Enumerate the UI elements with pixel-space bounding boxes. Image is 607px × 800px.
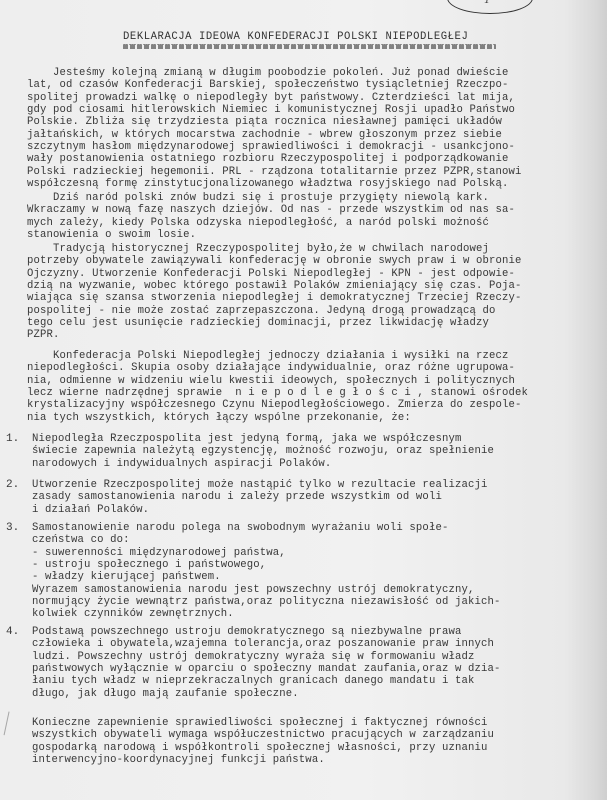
list-item-line: kolwiek czynników zewnętrznych. bbox=[32, 608, 234, 620]
paragraph-line: krystalizacyjny współczesnego Czynu Niep… bbox=[27, 399, 522, 411]
list-item-line: Utworzenie Rzeczpospolitej może nastąpić… bbox=[32, 479, 488, 491]
paragraph-line: PZPR. bbox=[27, 329, 60, 341]
list-item-line: wszystkich obywateli wymaga współuczestn… bbox=[32, 729, 494, 741]
list-item-line: Wyrazem samostanowienia narodu jest pows… bbox=[32, 584, 475, 596]
list-item-line: człowieka i obywatela,wzajemna tolerancj… bbox=[32, 638, 494, 650]
paragraph-line: jałtańskich, w których mocarstwa zachodn… bbox=[27, 129, 502, 141]
paragraph-line: wiająca się szansa stworzenia niepodległ… bbox=[27, 292, 522, 304]
document-page: 1 DEKLARACJA IDEOWA KONFEDERACJI POLSKI … bbox=[0, 0, 607, 800]
paragraph-line: wały postanowienia ostatniego rozbioru R… bbox=[27, 153, 509, 165]
list-item-line: państwowych wyłącznie w oparciu o społec… bbox=[32, 663, 501, 675]
list-item-line: narodowych i indywidualnych aspiracji Po… bbox=[32, 458, 331, 470]
paragraph-line: spolitej prowadzi walkę o niepodległy by… bbox=[27, 92, 515, 104]
paragraph-line: nia tych wszystkich, których łączy wspól… bbox=[27, 412, 411, 424]
paragraph-line: gdy pod ciosami hitlerowskich Niemiec i … bbox=[27, 104, 515, 116]
paragraph-line: dzią na wyzwanie, wobec którego postawił… bbox=[27, 280, 522, 292]
paragraph-line: Wkraczamy w nową fazę naszych dziejów. O… bbox=[27, 204, 515, 216]
list-item-number: 3. bbox=[6, 522, 19, 534]
paragraph-line: Konfederacja Polski Niepodległej jednocz… bbox=[27, 350, 509, 362]
paragraph-line: Polskie. Zbliża się trzydziesta piąta ro… bbox=[27, 116, 502, 128]
paragraph-line: pospolitej - nie może zostać zaprzepaszc… bbox=[27, 305, 496, 317]
paragraph-line: niepodległości. Skupia osoby działające … bbox=[27, 362, 515, 374]
list-item-line: czeństwa co do: bbox=[32, 534, 130, 546]
paragraph-line: potrzeby obywatele zawiązywali konfedera… bbox=[27, 255, 522, 267]
paragraph-line: stanowienia o swoim losie. bbox=[27, 229, 196, 241]
list-item-line: ludzi. Powszechny ustrój demokratyczny w… bbox=[32, 651, 475, 663]
list-item-line: interwencyjno-koordynacyjnej funkcji pań… bbox=[32, 754, 325, 766]
list-item-line: i działań Polaków. bbox=[32, 504, 149, 516]
list-item-line: normujący życie wewnątrz państwa,oraz po… bbox=[32, 596, 501, 608]
list-item-line: świecie zapewnia należytą egzystencję, m… bbox=[32, 445, 494, 457]
paragraph-line: Ojczyzny. Utworzenie Konfederacji Polski… bbox=[27, 268, 515, 280]
list-item-line: Konieczne zapewnienie sprawiedliwości sp… bbox=[32, 717, 488, 729]
paragraph-line: lecz wierne nadrzędnej sprawie n i e p o… bbox=[27, 387, 528, 399]
handwritten-margin-mark bbox=[4, 712, 16, 737]
paragraph-line: mych zależy, kiedy Polska odzyska niepod… bbox=[27, 217, 489, 229]
paragraph-line: Tradycją historycznej Rzeczypospolitej b… bbox=[27, 243, 489, 255]
list-item-line: Niepodległa Rzeczpospolita jest jedyną f… bbox=[32, 433, 461, 445]
list-item-line: - suwerenności międzynarodowej państwa, bbox=[32, 547, 286, 559]
list-item-number: 2. bbox=[6, 479, 19, 491]
list-item-line: Samostanowienie narodu polega na swobodn… bbox=[32, 522, 448, 534]
paragraph-line: nia, odmienne w widzeniu wielu kwestii i… bbox=[27, 375, 515, 387]
paragraph-line: szczytnym hasłom międzynarodowej sprawie… bbox=[27, 141, 515, 153]
paragraph-line: współczesną formę zinstytucjonalizowaneg… bbox=[27, 178, 509, 190]
list-item-line: - władzy kierującej państwem. bbox=[32, 571, 221, 583]
paragraph-line: tego celu jest usunięcie radzieckiej dom… bbox=[27, 317, 489, 329]
paragraph-line: Dziś naród polski znów budzi się i prost… bbox=[27, 192, 489, 204]
paragraph-line: Polski radzieckiej hegemonii. PRL - rząd… bbox=[27, 166, 522, 178]
page-number-mark: 1 bbox=[484, 0, 490, 6]
list-item-line: gospodarką narodową i współkontroli społ… bbox=[32, 742, 488, 754]
list-item-line: zasady samostanowienia narodu i zależy p… bbox=[32, 491, 442, 503]
list-item-line: łaniu tych władz w nieprzekraczalnych gr… bbox=[32, 675, 475, 687]
list-item-line: - ustroju społecznego i państwowego, bbox=[32, 559, 266, 571]
list-item-number: 1. bbox=[6, 433, 19, 445]
title-underline bbox=[123, 44, 496, 49]
handwritten-page-number-circle: 1 bbox=[447, 0, 533, 14]
list-item-line: długo, jak długo mają zaufanie społeczne… bbox=[32, 688, 299, 700]
list-item-number: 4. bbox=[6, 626, 19, 638]
paragraph-line: lat, od czasów Konfederacji Barskiej, sp… bbox=[27, 79, 509, 91]
list-item-line: Podstawą powszechnego ustroju demokratyc… bbox=[32, 626, 461, 638]
paragraph-line: Jesteśmy kolejną zmianą w długim poobodz… bbox=[27, 67, 509, 79]
document-title: DEKLARACJA IDEOWA KONFEDERACJI POLSKI NI… bbox=[123, 31, 468, 43]
